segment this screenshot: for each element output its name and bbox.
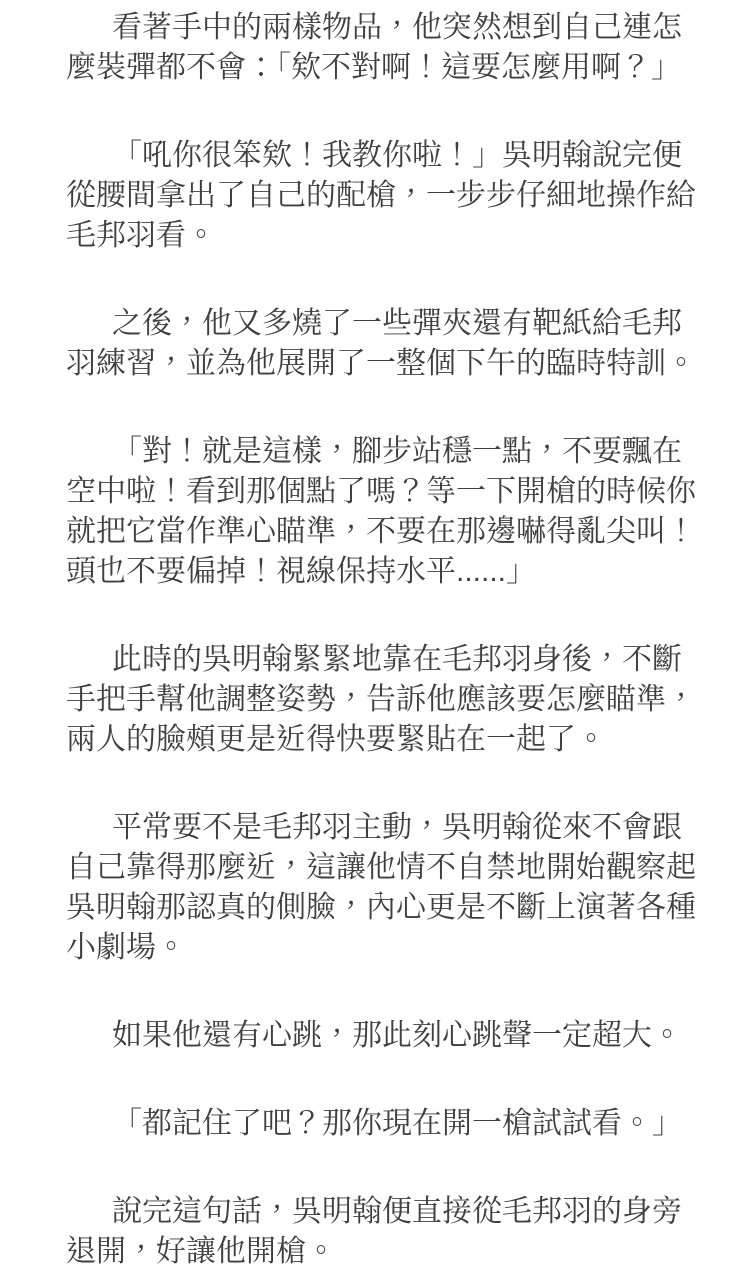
paragraph: 平常要不是毛邦羽主動，吳明翰從來不會跟自己靠得那麼近，這讓他情不自禁地開始觀察起… [66, 808, 748, 968]
story-text: 看著手中的兩樣物品，他突然想到自己連怎麼裝彈都不會：「欸不對啊！這要怎麼用啊？」… [66, 8, 748, 1272]
paragraph: 如果他還有心跳，那此刻心跳聲一定超大。 [66, 1016, 748, 1056]
paragraph: 說完這句話，吳明翰便直接從毛邦羽的身旁退開，好讓他開槍。 [66, 1192, 748, 1272]
paragraph: 「吼你很笨欸！我教你啦！」吳明翰說完便從腰間拿出了自己的配槍，一步步仔細地操作給… [66, 136, 748, 256]
text-line: 自己靠得那麼近，這讓他情不自禁地開始觀察起 [66, 848, 748, 888]
text-line: 說完這句話，吳明翰便直接從毛邦羽的身旁 [66, 1192, 748, 1232]
paragraph: 之後，他又多燒了一些彈夾還有靶紙給毛邦羽練習，並為他展開了一整個下午的臨時特訓。 [66, 304, 748, 384]
paragraph: 此時的吳明翰緊緊地靠在毛邦羽身後，不斷手把手幫他調整姿勢，告訴他應該要怎麼瞄準，… [66, 640, 748, 760]
text-line: 「對！就是這樣，腳步站穩一點，不要飄在 [66, 432, 748, 472]
text-line: 就把它當作準心瞄準，不要在那邊嚇得亂尖叫！ [66, 512, 748, 552]
text-line: 頭也不要偏掉！視線保持水平......」 [66, 552, 748, 592]
paragraph: 「都記住了吧？那你現在開一槍試試看。」 [66, 1104, 748, 1144]
text-line: 此時的吳明翰緊緊地靠在毛邦羽身後，不斷 [66, 640, 748, 680]
text-line: 毛邦羽看。 [66, 216, 748, 256]
text-line: 如果他還有心跳，那此刻心跳聲一定超大。 [66, 1016, 748, 1056]
text-line: 退開，好讓他開槍。 [66, 1232, 748, 1272]
text-line: 「吼你很笨欸！我教你啦！」吳明翰說完便 [66, 136, 748, 176]
paragraph: 看著手中的兩樣物品，他突然想到自己連怎麼裝彈都不會：「欸不對啊！這要怎麼用啊？」 [66, 8, 748, 88]
text-line: 平常要不是毛邦羽主動，吳明翰從來不會跟 [66, 808, 748, 848]
text-line: 小劇場。 [66, 928, 748, 968]
text-line: 手把手幫他調整姿勢，告訴他應該要怎麼瞄準， [66, 680, 748, 720]
text-line: 從腰間拿出了自己的配槍，一步步仔細地操作給 [66, 176, 748, 216]
text-line: 羽練習，並為他展開了一整個下午的臨時特訓。 [66, 344, 748, 384]
text-line: 兩人的臉頰更是近得快要緊貼在一起了。 [66, 720, 748, 760]
text-line: 空中啦！看到那個點了嗎？等一下開槍的時候你 [66, 472, 748, 512]
text-line: 看著手中的兩樣物品，他突然想到自己連怎 [66, 8, 748, 48]
text-line: 之後，他又多燒了一些彈夾還有靶紙給毛邦 [66, 304, 748, 344]
paragraph: 「對！就是這樣，腳步站穩一點，不要飄在空中啦！看到那個點了嗎？等一下開槍的時候你… [66, 432, 748, 592]
text-line: 麼裝彈都不會：「欸不對啊！這要怎麼用啊？」 [66, 48, 748, 88]
reader-page: 看著手中的兩樣物品，他突然想到自己連怎麼裝彈都不會：「欸不對啊！這要怎麼用啊？」… [0, 0, 748, 1280]
text-line: 「都記住了吧？那你現在開一槍試試看。」 [66, 1104, 748, 1144]
text-line: 吳明翰那認真的側臉，內心更是不斷上演著各種 [66, 888, 748, 928]
